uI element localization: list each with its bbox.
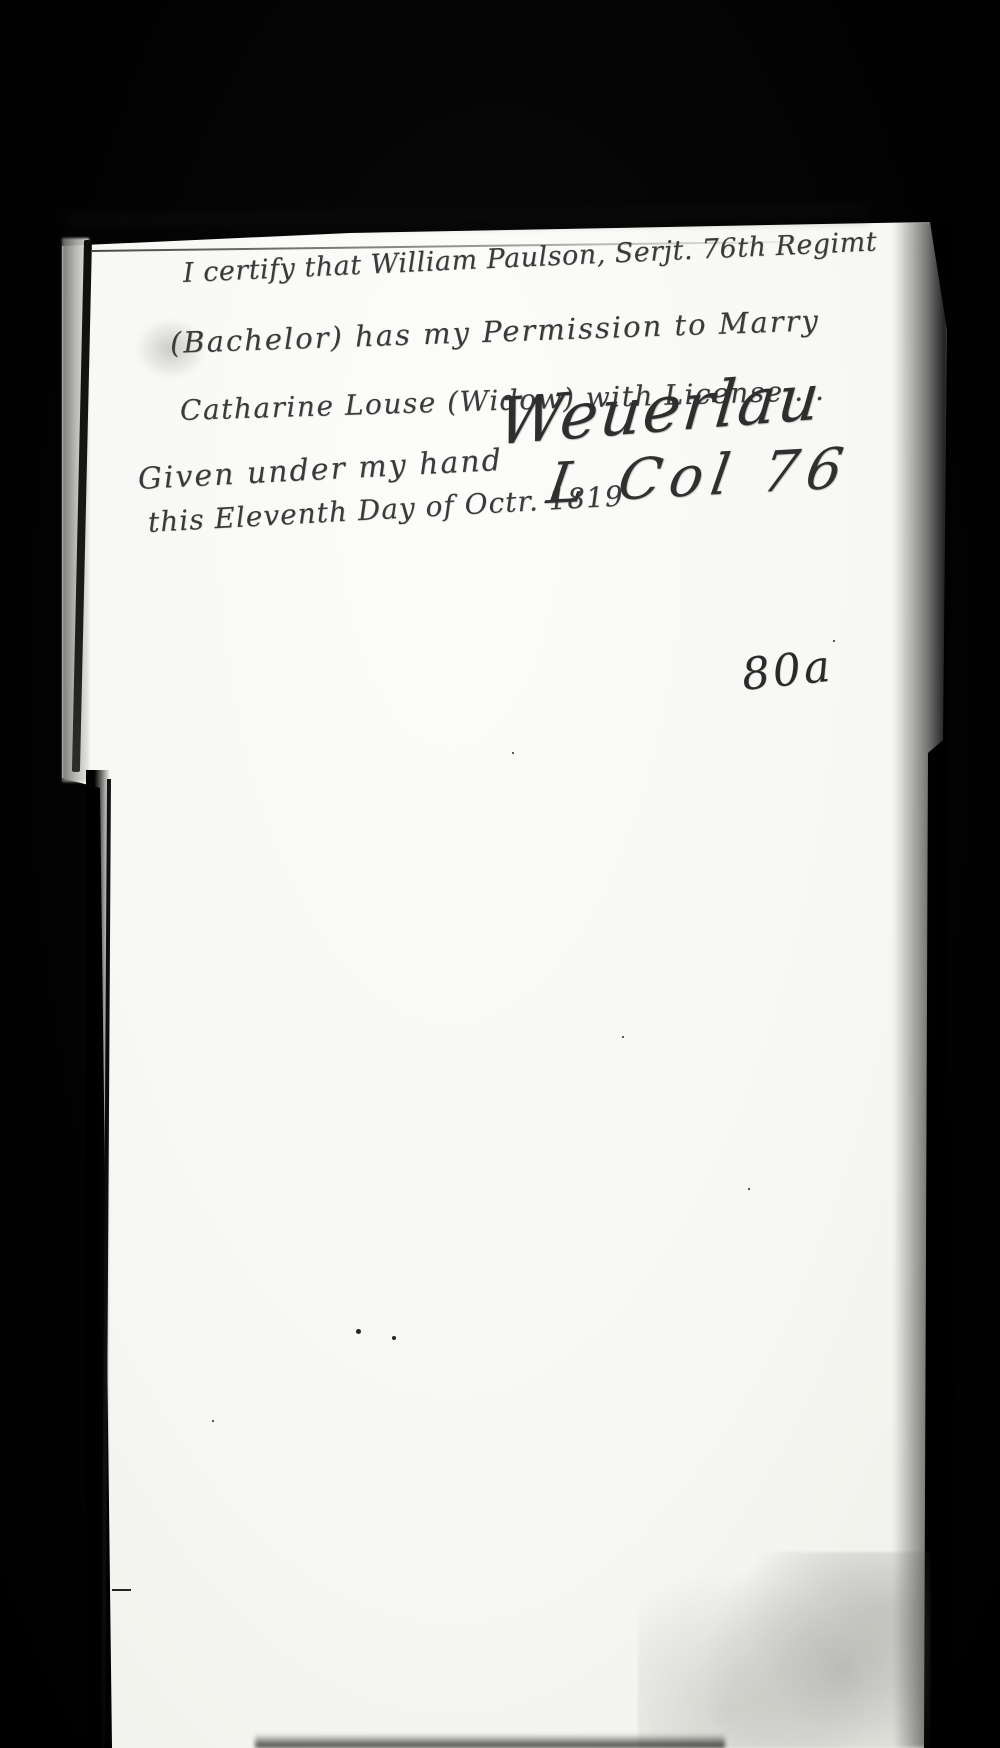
paper-speck [622,1036,624,1038]
paper-speck [512,752,514,754]
paper-speck [748,1188,750,1190]
paper-mottling [638,1552,930,1748]
right-edge-shadow [893,220,949,1748]
left-edge-shadow [86,770,110,1748]
paper-speck [212,1420,214,1422]
page-number-mark: 80a [739,641,835,701]
torn-edge-mark [112,1589,131,1591]
bottom-smudge [255,1734,725,1748]
paper-speck [392,1336,396,1340]
paper-speck [356,1329,361,1334]
paper-speck [833,640,835,642]
document-scan: I certify that William Paulson, Serjt. 7… [0,0,1000,1748]
